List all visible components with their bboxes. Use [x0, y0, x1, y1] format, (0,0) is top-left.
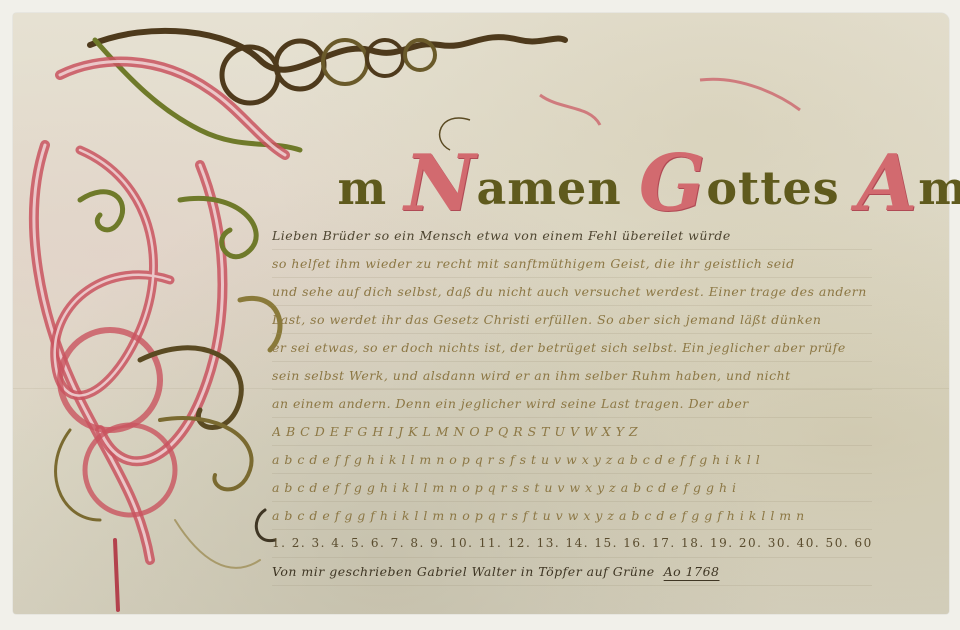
text-line: Last, so werdet ihr das Gesetz Christi e…: [272, 306, 872, 334]
text-line: Lieben Brüder so ein Mensch etwa von ein…: [272, 222, 872, 250]
text-line: und sehe auf dich selbst, daß du nicht a…: [272, 278, 872, 306]
heading-word-im: m: [338, 161, 388, 215]
heading: Im Namen Gottes Amen: [300, 138, 890, 218]
heading-word-amen: men: [918, 161, 960, 215]
heading-word-gottes: ottes: [706, 161, 839, 215]
text-line: an einem andern. Denn ein jeglicher wird…: [272, 390, 872, 418]
initial-cap-g: G: [639, 138, 707, 229]
text-line: so helfet ihm wieder zu recht mit sanftm…: [272, 250, 872, 278]
alphabet-lowercase-line: a b c d e f f g h i k l l m n o p q r s …: [272, 446, 872, 474]
text-line: sein selbst Werk, und alsdann wird er an…: [272, 362, 872, 390]
signature-text: Von mir geschrieben Gabriel Walter in Tö…: [272, 564, 655, 579]
text-line: er sei etwas, so er doch nichts ist, der…: [272, 334, 872, 362]
alphabet-lowercase-line: a b c d e f f g g h i k l l m n o p q r …: [272, 474, 872, 502]
signature-date: Ao 1768: [664, 564, 720, 579]
initial-cap-n: N: [404, 138, 476, 229]
alphabet-uppercase-line: A B C D E F G H I J K L M N O P Q R S T …: [272, 418, 872, 446]
initial-cap-a: A: [857, 138, 919, 229]
number-line: 1. 2. 3. 4. 5. 6. 7. 8. 9. 10. 11. 12. 1…: [272, 530, 872, 558]
alphabet-lowercase-line: a b c d e f g g f h i k l l m n o p q r …: [272, 502, 872, 530]
manuscript-body: Lieben Brüder so ein Mensch etwa von ein…: [272, 222, 872, 586]
heading-word-namen: amen: [477, 161, 622, 215]
signature-line: Von mir geschrieben Gabriel Walter in Tö…: [272, 558, 872, 586]
